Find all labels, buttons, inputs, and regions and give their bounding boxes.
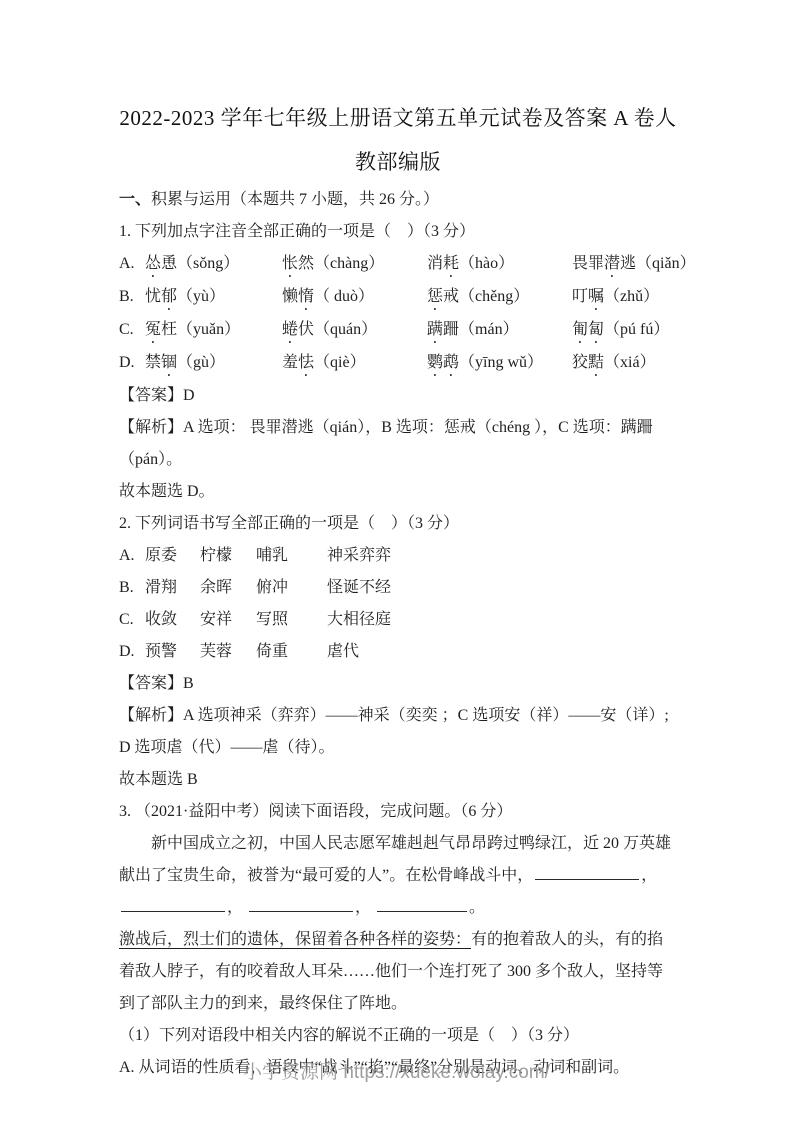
option-item: 写照 <box>256 604 327 636</box>
option-item: 叮嘱（zhǔ） <box>572 281 659 314</box>
page: 2022-2023 学年七年级上册语文第五单元试卷及答案 A 卷人教部编版 一、… <box>0 0 793 1122</box>
option-item: 蹒跚（mán） <box>427 314 572 347</box>
option-item: 畏罪潜逃（qiǎn） <box>572 248 696 281</box>
title-line-2: 教部编版 <box>355 150 441 174</box>
q3-underlined-text: 激战后，烈士们的遗体，保留着各种各样的姿势： <box>119 931 471 948</box>
option-item: 大相径庭 <box>327 604 391 636</box>
option-row: C.收敛安祥写照大相径庭 <box>119 604 677 636</box>
q3-sub1-stem: （1）下列对语段中相关内容的解说不正确的一项是（ ）（3 分） <box>119 1020 677 1052</box>
option-item: 忧郁（yù） <box>145 281 282 314</box>
section-number: 一、 <box>119 191 151 208</box>
section-title: 积累与运用（本题共 7 小题，共 26 分。） <box>151 191 439 208</box>
option-item: 蜷伏（quán） <box>282 314 427 347</box>
option-row: A.原委柠檬哺乳神采弈弈 <box>119 540 677 572</box>
option-item: 怪诞不经 <box>327 572 391 604</box>
answer-blank <box>535 866 639 880</box>
q1-analysis: 【解析】A 选项： 畏罪潜逃（qián），B 选项：惩戒（chéng ），C 选… <box>119 412 677 476</box>
q2-answer: 【答案】B <box>119 668 677 700</box>
option-item: 狡黠（xiá） <box>572 347 656 380</box>
option-row: C.冤枉（yuǎn）蜷伏（quán）蹒跚（mán）匍匐（pú fú） <box>119 314 677 347</box>
option-item: 芙蓉 <box>200 636 256 668</box>
option-label: B. <box>119 281 145 314</box>
option-item: 虐代 <box>327 636 359 668</box>
option-item: 柠檬 <box>200 540 256 572</box>
option-item: 匍匐（pú fú） <box>572 314 669 347</box>
q1-options: A.怂恿（sǒng）怅然（chàng）消耗（hào）畏罪潜逃（qiǎn）B.忧郁… <box>119 248 677 380</box>
q2-analysis: 【解析】A 选项神采（弈弈）——神采（奕奕 ；C 选项安（祥）——安（详）; D… <box>119 700 677 764</box>
q3-stem: 3. （2021·益阳中考）阅读下面语段，完成问题。（6 分） <box>119 796 677 828</box>
answer-blank <box>121 898 225 912</box>
option-label: C. <box>119 314 145 347</box>
q1-conclusion: 故本题选 D。 <box>119 476 677 508</box>
blank-punct: 。 <box>469 899 485 916</box>
q3-paragraph-battle: 激战后，烈士们的遗体，保留着各种各样的姿势：有的抱着敌人的头，有的掐着敌人脖子，… <box>119 924 677 1020</box>
option-item: 余晖 <box>200 572 256 604</box>
title-line-1: 2022-2023 学年七年级上册语文第五单元试卷及答案 A 卷人 <box>119 106 676 130</box>
option-row: B.滑翔余晖俯冲怪诞不经 <box>119 572 677 604</box>
option-row: A.怂恿（sǒng）怅然（chàng）消耗（hào）畏罪潜逃（qiǎn） <box>119 248 677 281</box>
option-row: D.禁锢（gù）羞怯（qiè）鹦鹉（yīng wǔ）狡黠（xiá） <box>119 347 677 380</box>
answer-blank <box>249 898 353 912</box>
option-item: 羞怯（qiè） <box>282 347 427 380</box>
q1-stem: 1. 下列加点字注音全部正确的一项是（ ）（3 分） <box>119 216 677 248</box>
blank-punct: ， <box>355 899 371 916</box>
option-label: D. <box>119 636 145 668</box>
option-item: 滑翔 <box>145 572 200 604</box>
q3-paragraph-intro: 新中国成立之初，中国人民志愿军雄赳赳气昂昂跨过鸭绿江，近 20 万英雄献出了宝贵… <box>119 828 677 924</box>
option-row: B.忧郁（yù）懒惰（ duò）惩戒（chěng）叮嘱（zhǔ） <box>119 281 677 314</box>
option-item: 安祥 <box>200 604 256 636</box>
blank-punct: ， <box>227 899 243 916</box>
option-label: A. <box>119 540 145 572</box>
option-row: D.预警芙蓉倚重虐代 <box>119 636 677 668</box>
option-label: A. <box>119 248 145 281</box>
option-label: D. <box>119 347 145 380</box>
q1-answer: 【答案】D <box>119 380 677 412</box>
option-item: 收敛 <box>145 604 200 636</box>
option-item: 惩戒（chěng） <box>427 281 572 314</box>
blank-punct: ， <box>641 867 657 884</box>
option-item: 倚重 <box>256 636 327 668</box>
section-heading: 一、积累与运用（本题共 7 小题，共 26 分。） <box>119 184 677 216</box>
option-item: 预警 <box>145 636 200 668</box>
document-title: 2022-2023 学年七年级上册语文第五单元试卷及答案 A 卷人教部编版 <box>119 96 677 184</box>
option-item: 懒惰（ duò） <box>282 281 427 314</box>
q2-conclusion: 故本题选 B <box>119 764 677 796</box>
option-item: 鹦鹉（yīng wǔ） <box>427 347 572 380</box>
option-item: 怅然（chàng） <box>282 248 427 281</box>
option-item: 禁锢（gù） <box>145 347 282 380</box>
answer-blank <box>377 898 467 912</box>
option-label: C. <box>119 604 145 636</box>
option-label: B. <box>119 572 145 604</box>
q2-stem: 2. 下列词语书写全部正确的一项是（ ）（3 分） <box>119 508 677 540</box>
option-item: 哺乳 <box>256 540 327 572</box>
option-item: 原委 <box>145 540 200 572</box>
option-item: 俯冲 <box>256 572 327 604</box>
option-item: 冤枉（yuǎn） <box>145 314 282 347</box>
footer-credit: 小学资源网 https://xueke.woiay.com/ <box>0 1060 793 1086</box>
q2-options: A.原委柠檬哺乳神采弈弈B.滑翔余晖俯冲怪诞不经C.收敛安祥写照大相径庭D.预警… <box>119 540 677 668</box>
option-item: 怂恿（sǒng） <box>145 248 282 281</box>
option-item: 消耗（hào） <box>427 248 572 281</box>
option-item: 神采弈弈 <box>327 540 391 572</box>
